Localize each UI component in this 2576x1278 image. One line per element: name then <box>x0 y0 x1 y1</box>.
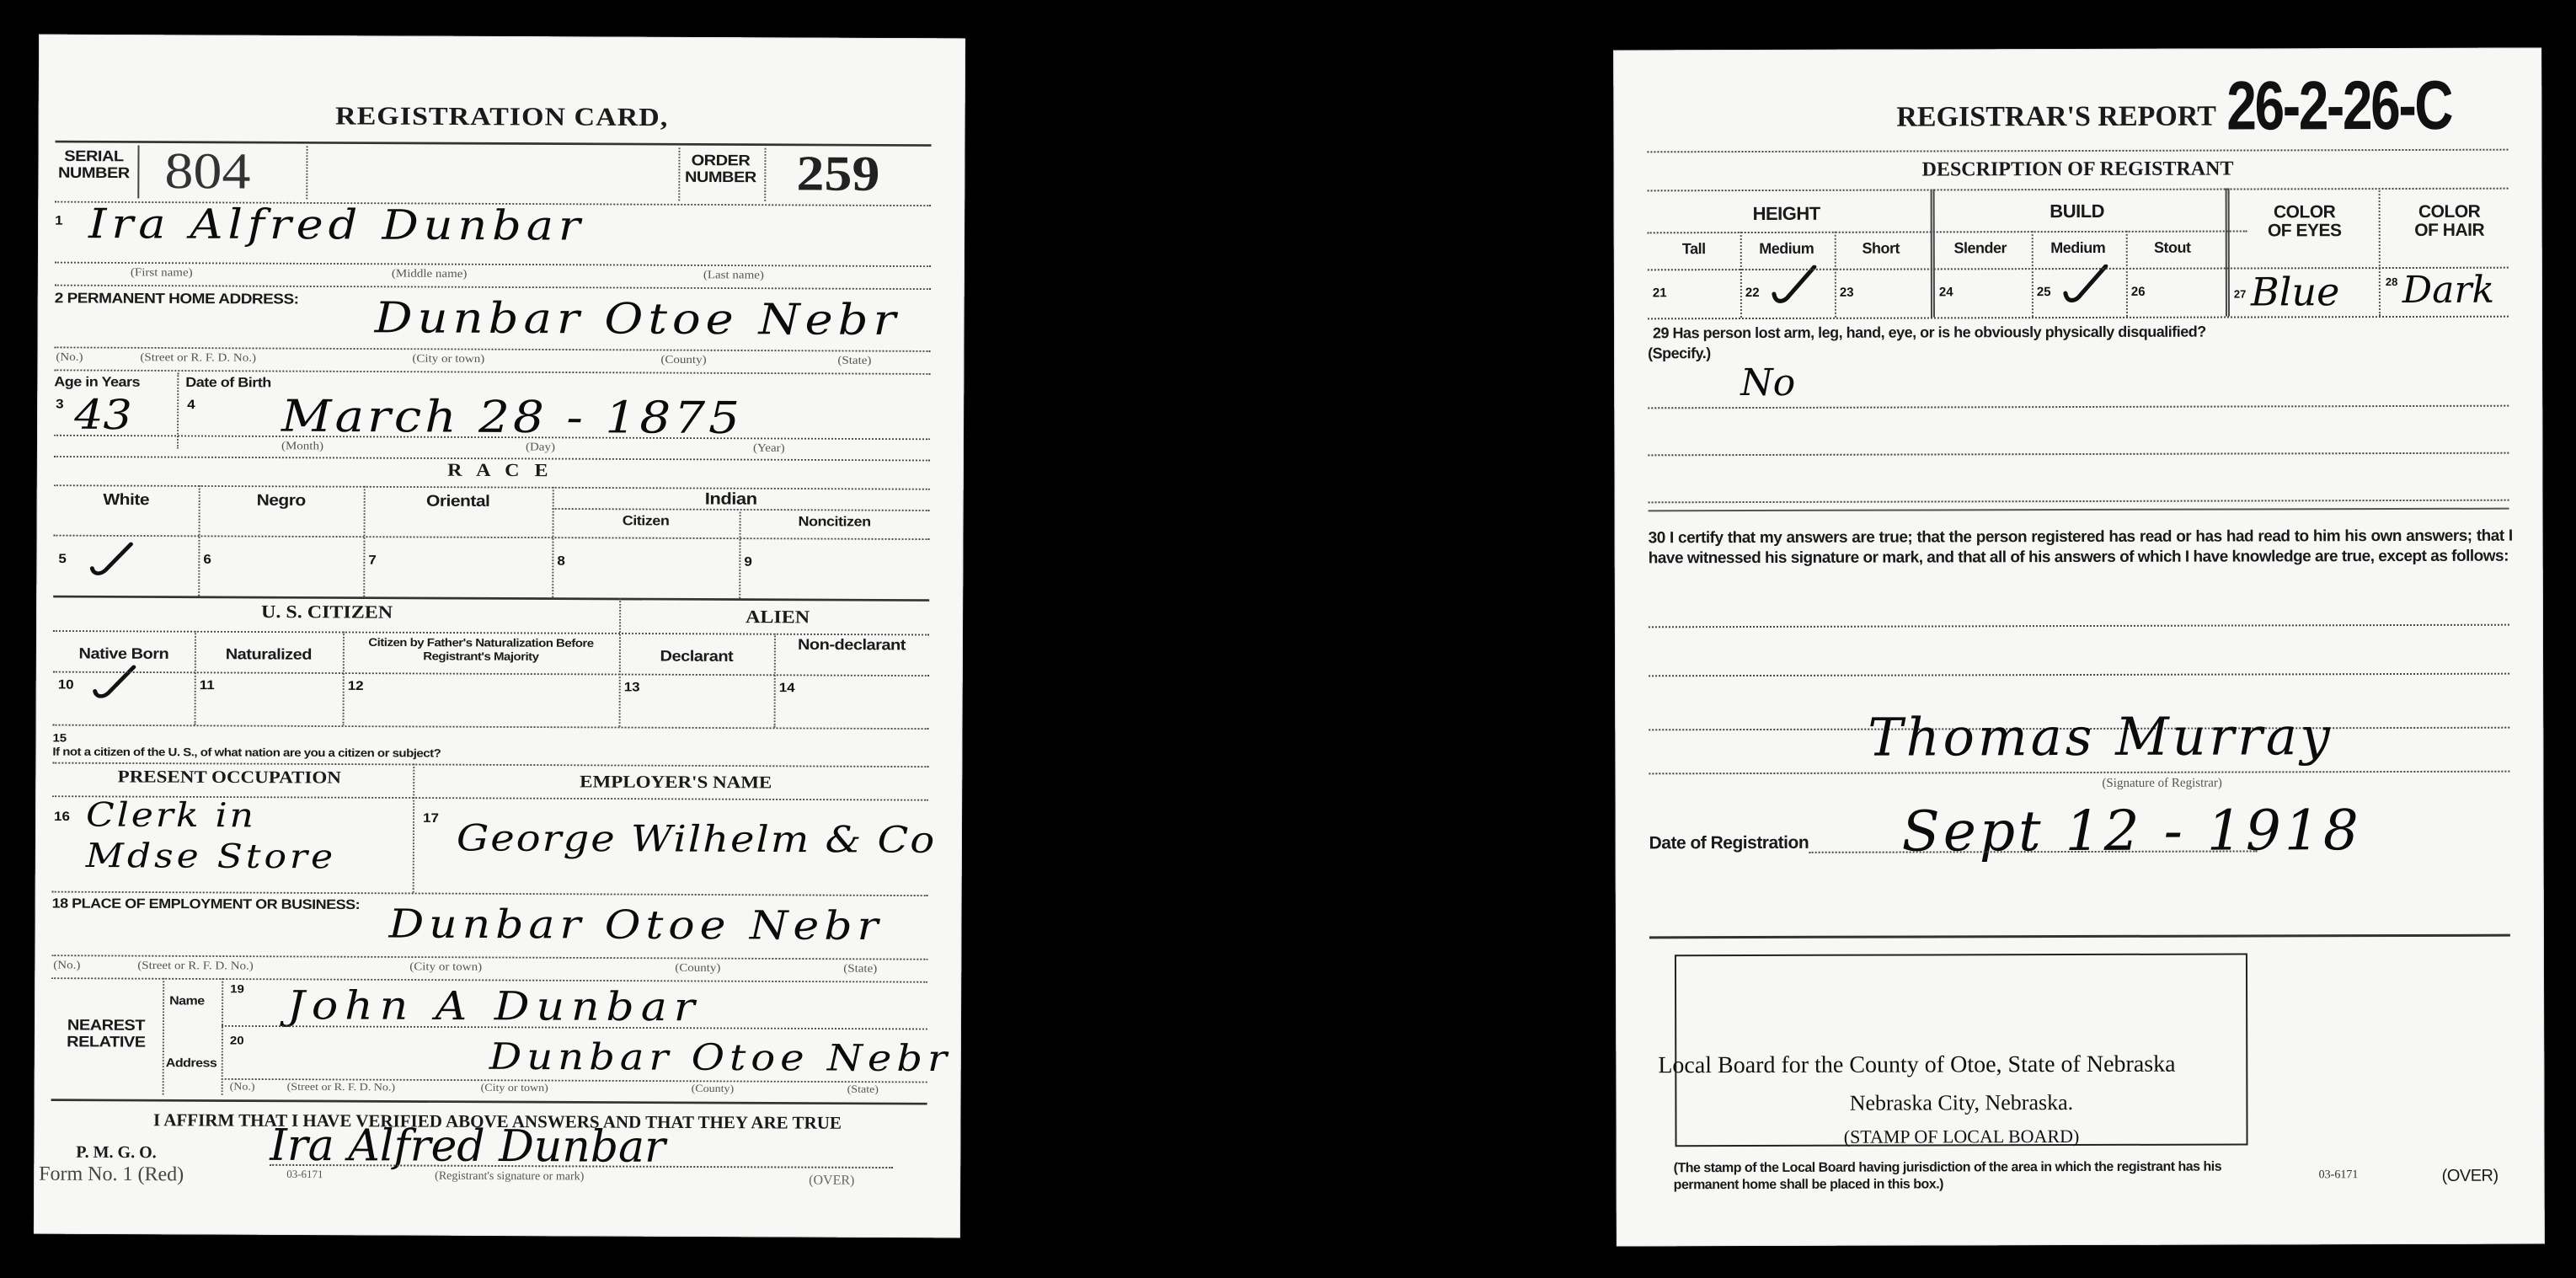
registrar-signature-caption: (Signature of Registrar) <box>2102 777 2222 791</box>
registrar-signature: Thomas Murray <box>1868 705 2333 767</box>
local-board-stamp-box <box>1675 953 2248 1147</box>
form-number: Form No. 1 (Red) <box>39 1163 184 1187</box>
hair-heading-line1: COLOR <box>2382 203 2517 222</box>
field-27-number: 27 <box>2234 287 2247 300</box>
description-field-number: 24 <box>1939 285 1953 299</box>
description-label: Short <box>1835 239 1927 257</box>
stamp-caption: (STAMP OF LOCAL BOARD) <box>1675 1125 2247 1148</box>
description-heading: DESCRIPTION OF REGISTRANT <box>1613 158 2541 183</box>
build-heading: BUILD <box>1934 201 2221 223</box>
check-mark-icon <box>1769 265 1820 307</box>
registrars-report-title: REGISTRAR'S REPORT <box>1896 101 2216 134</box>
eyes-heading-line2: OF EYES <box>2229 222 2381 240</box>
report-code: 26-2-26-C <box>2226 67 2451 147</box>
back-form-code: 03-6171 <box>2319 1168 2359 1182</box>
stamp-line-1: Local Board for the County of Otoe, Stat… <box>1658 1051 2175 1080</box>
check-mark-icon <box>2060 265 2111 307</box>
hair-color-value: Dark <box>2402 269 2494 312</box>
date-of-registration-value: Sept 12 - 1918 <box>1901 798 2361 864</box>
front-card-affirmation-layer: I AFFIRM THAT I HAVE VERIFIED ABOVE ANSW… <box>34 35 965 1238</box>
field-29-label: 29 Has person lost arm, leg, hand, eye, … <box>1653 323 2512 343</box>
description-label: Medium <box>1740 240 1833 258</box>
registrant-signature-caption: (Registrant's signature or mark) <box>435 1170 584 1184</box>
back-over-label: (OVER) <box>2442 1167 2499 1186</box>
description-field-number: 22 <box>1745 286 1760 300</box>
date-of-registration-label: Date of Registration <box>1649 833 1809 853</box>
description-field-number: 23 <box>1840 286 1854 300</box>
eye-color-value: Blue <box>2251 269 2340 314</box>
description-label: Tall <box>1648 240 1740 258</box>
description-table: Tall 21Medium 22Short 23Slender 24Medium… <box>1613 48 2541 51</box>
registrars-report-back: REGISTRAR'S REPORT 26-2-26-C DESCRIPTION… <box>1613 48 2545 1247</box>
field-29-specify: (Specify.) <box>1648 345 1711 362</box>
height-heading: HEIGHT <box>1648 202 1926 225</box>
physical-disqualification-value: No <box>1740 361 1795 404</box>
eyes-heading-line1: COLOR <box>2229 203 2381 222</box>
pmgo-label: P. M. G. O. <box>76 1143 156 1163</box>
hair-heading: COLOR OF HAIR <box>2382 203 2517 240</box>
description-field-number: 21 <box>1653 286 1667 300</box>
field-28-number: 28 <box>2386 275 2398 288</box>
eyes-heading: COLOR OF EYES <box>2229 203 2381 240</box>
stamp-line-2: Nebraska City, Nebraska. <box>1675 1089 2247 1116</box>
hair-heading-line2: OF HAIR <box>2382 222 2517 240</box>
field-30-certification: 30 I certify that my answers are true; t… <box>1649 527 2513 569</box>
description-field-number: 25 <box>2037 285 2051 299</box>
description-label: Medium <box>2032 239 2124 257</box>
front-over-label: (OVER) <box>809 1174 854 1189</box>
description-label: Stout <box>2126 239 2219 257</box>
description-field-number: 26 <box>2131 285 2146 299</box>
stamp-note: (The stamp of the Local Board having jur… <box>1674 1158 2263 1194</box>
description-label: Slender <box>1934 239 2027 257</box>
